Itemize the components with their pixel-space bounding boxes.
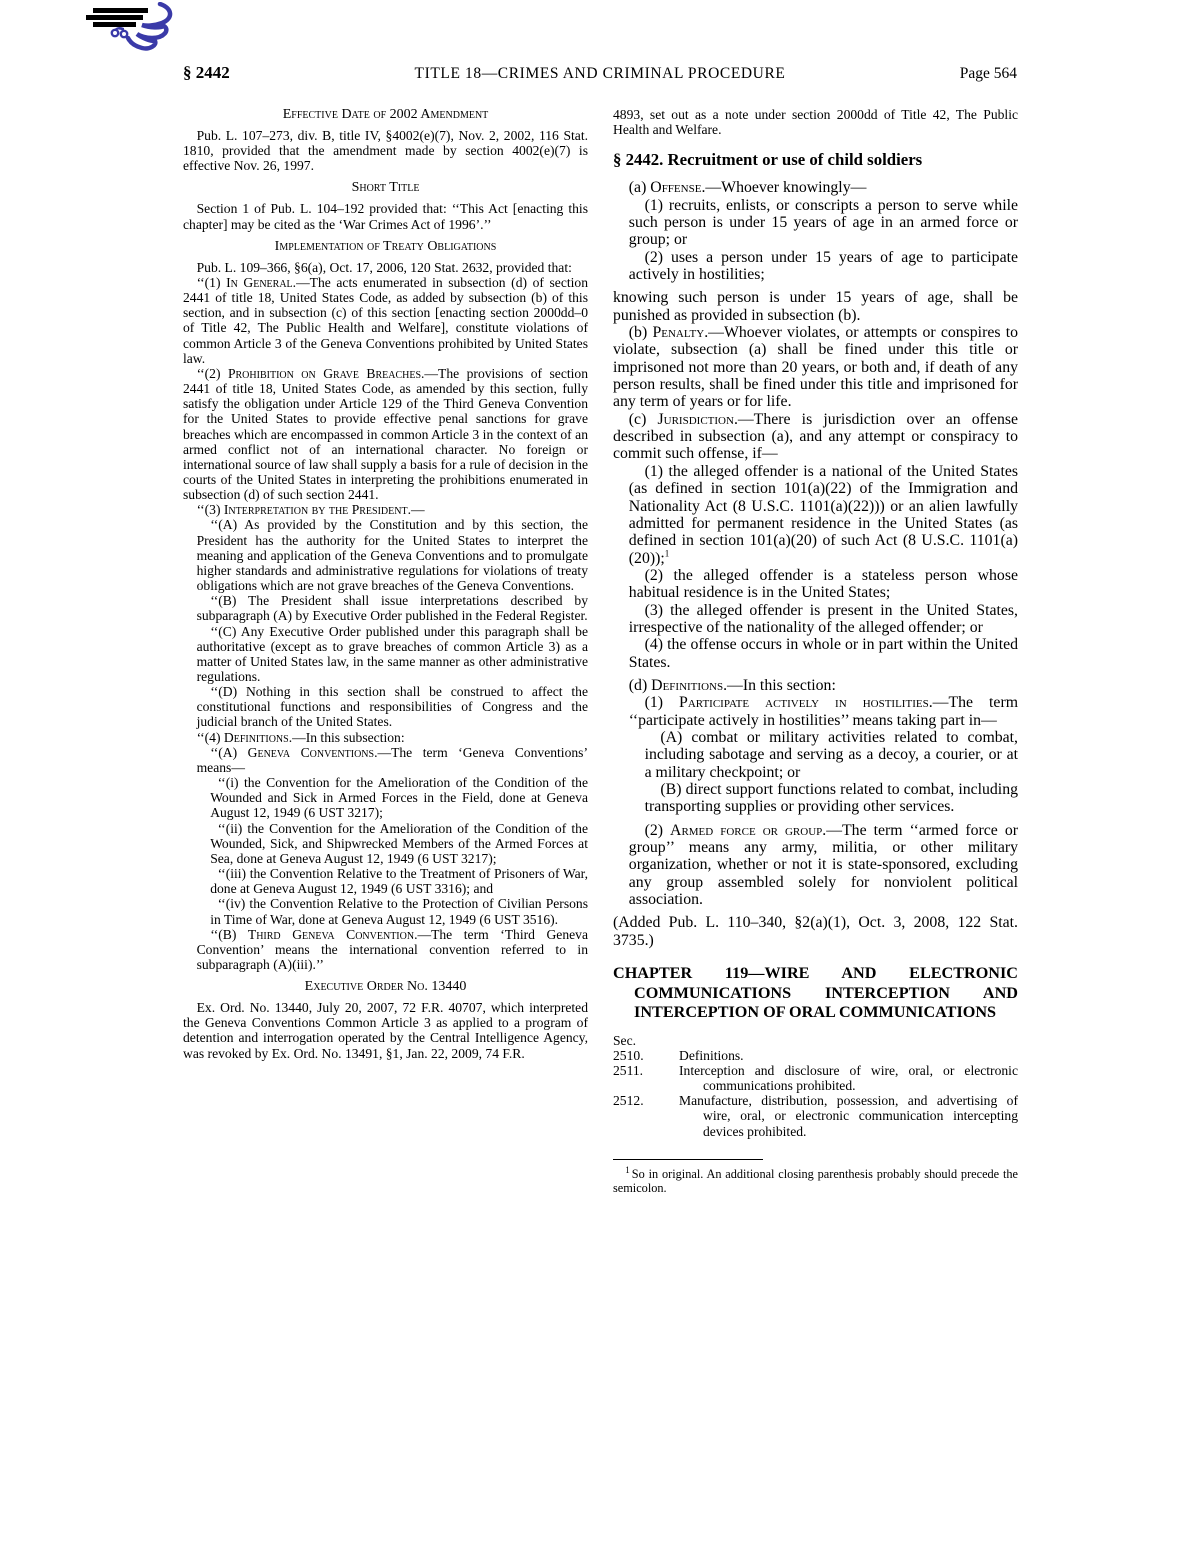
note-paragraph: ‘‘(D) Nothing in this section shall be c… <box>197 684 588 729</box>
footnote-rule <box>613 1159 763 1160</box>
note-paragraph: ‘‘(iii) the Convention Relative to the T… <box>210 866 588 896</box>
statute-paragraph: (2) Armed force or group.—The term ‘‘arm… <box>629 822 1018 909</box>
statute-paragraph: (1) the alleged offender is a national o… <box>629 463 1018 567</box>
note-paragraph: Ex. Ord. No. 13440, July 20, 2007, 72 F.… <box>183 1000 588 1061</box>
statute-paragraph: (2) uses a person under 15 years of age … <box>629 249 1018 284</box>
footnote-text: 1So in original. An additional closing p… <box>613 1167 1018 1196</box>
note-heading: Implementation of Treaty Obligations <box>183 239 588 255</box>
footnote: 1So in original. An additional closing p… <box>613 1159 1018 1196</box>
section-list-row: 2510. Definitions. <box>613 1048 1018 1063</box>
section-list-description: Manufacture, distribution, possession, a… <box>679 1093 1018 1138</box>
statute-paragraph: (3) the alleged offender is present in t… <box>629 602 1018 637</box>
chapter-heading: CHAPTER 119—WIRE AND ELECTRONIC COMMUNIC… <box>634 964 1018 1023</box>
section-list-number: 2512. <box>613 1093 679 1138</box>
statute-paragraph: (d) Definitions.—In this section: <box>613 677 1018 694</box>
section-list-number: 2511. <box>613 1063 679 1093</box>
section-list-number: 2510. <box>613 1048 679 1063</box>
note-continuation-paragraph: 4893, set out as a note under section 20… <box>613 107 1018 137</box>
two-column-body: Effective Date of 2002 Amendment Pub. L.… <box>183 107 1018 1196</box>
authenticated-us-government-information-gpo-eagle-icon <box>84 2 180 54</box>
statute-paragraph: (1) recruits, enlists, or conscripts a p… <box>629 197 1018 249</box>
note-paragraph: ‘‘(B) Third Geneva Convention.—The term … <box>197 927 588 972</box>
note-paragraph: Section 1 of Pub. L. 104–192 provided th… <box>183 201 588 231</box>
section-analysis-list: Sec. 2510. Definitions. 2511. Intercepti… <box>613 1033 1018 1139</box>
section-list-row: 2512. Manufacture, distribution, possess… <box>613 1093 1018 1138</box>
right-column: 4893, set out as a note under section 20… <box>613 107 1018 1196</box>
statute-paragraph: (c) Jurisdiction.—There is jurisdiction … <box>613 411 1018 463</box>
note-paragraph: ‘‘(2) Prohibition on Grave Breaches.—The… <box>183 366 588 502</box>
header-section-number: § 2442 <box>183 63 333 83</box>
note-heading: Executive Order No. 13440 <box>183 979 588 995</box>
note-paragraph: Pub. L. 107–273, div. B, title IV, §4002… <box>183 128 588 173</box>
left-column: Effective Date of 2002 Amendment Pub. L.… <box>183 107 588 1196</box>
note-heading: Short Title <box>183 180 588 196</box>
statute-paragraph: (a) Offense.—Whoever knowingly— <box>613 179 1018 196</box>
header-title: TITLE 18—CRIMES AND CRIMINAL PROCEDURE <box>333 65 867 83</box>
statute-paragraph: (b) Penalty.—Whoever violates, or attemp… <box>613 324 1018 411</box>
source-credit-paragraph: (Added Pub. L. 110–340, §2(a)(1), Oct. 3… <box>613 914 1018 949</box>
section-list-description: Interception and disclosure of wire, ora… <box>679 1063 1018 1093</box>
statute-paragraph: (1) Participate actively in hostilities.… <box>629 694 1018 729</box>
note-paragraph: ‘‘(B) The President shall issue interpre… <box>197 593 588 623</box>
statute-paragraph: (B) direct support functions related to … <box>645 781 1018 816</box>
statute-paragraph: (A) combat or military activities relate… <box>645 729 1018 781</box>
page-header: § 2442 TITLE 18—CRIMES AND CRIMINAL PROC… <box>183 63 1017 83</box>
footnote-reference: 1 <box>665 548 670 558</box>
footnote-marker: 1 <box>625 1165 630 1175</box>
note-paragraph: ‘‘(A) As provided by the Constitution an… <box>197 517 588 593</box>
statute-paragraph: (2) the alleged offender is a stateless … <box>629 567 1018 602</box>
note-paragraph: ‘‘(i) the Convention for the Amelioratio… <box>210 775 588 820</box>
section-heading: § 2442. Recruitment or use of child sold… <box>613 150 1018 170</box>
note-paragraph: Pub. L. 109–366, §6(a), Oct. 17, 2006, 1… <box>183 260 588 275</box>
note-paragraph: ‘‘(3) Interpretation by the President.— <box>183 502 588 517</box>
note-heading: Effective Date of 2002 Amendment <box>183 107 588 123</box>
note-paragraph: ‘‘(C) Any Executive Order published unde… <box>197 624 588 685</box>
note-paragraph: ‘‘(4) Definitions.—In this subsection: <box>183 730 588 745</box>
header-page-number: Page 564 <box>867 65 1017 83</box>
statute-paragraph: (4) the offense occurs in whole or in pa… <box>629 636 1018 671</box>
section-list-row: 2511. Interception and disclosure of wir… <box>613 1063 1018 1093</box>
note-paragraph: ‘‘(ii) the Convention for the Ameliorati… <box>210 821 588 866</box>
note-paragraph: ‘‘(1) In General.—The acts enumerated in… <box>183 275 588 366</box>
note-paragraph: ‘‘(A) Geneva Conventions.—The term ‘Gene… <box>197 745 588 775</box>
section-list-description: Definitions. <box>679 1048 1018 1063</box>
statute-paragraph: knowing such person is under 15 years of… <box>613 289 1018 324</box>
section-list-label: Sec. <box>613 1033 1018 1048</box>
document-page: § 2442 TITLE 18—CRIMES AND CRIMINAL PROC… <box>0 0 1200 1553</box>
note-paragraph: ‘‘(iv) the Convention Relative to the Pr… <box>210 896 588 926</box>
